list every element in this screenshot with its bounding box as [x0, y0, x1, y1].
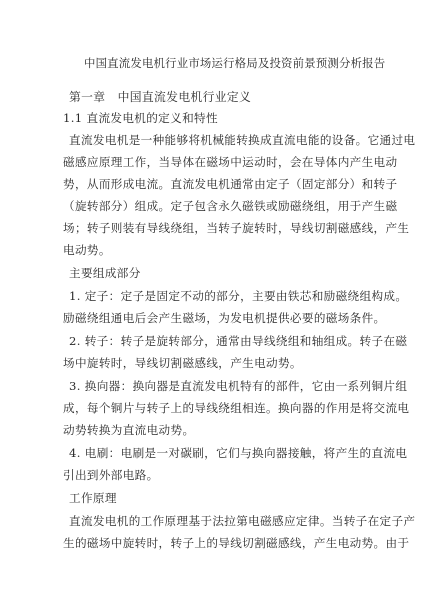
paragraph-line: 电动势。 — [63, 243, 111, 257]
subheading-principle: 工作原理 — [69, 491, 117, 505]
paragraph-line: 直流发电机的工作原理基于法拉第电磁感应定律。当转子在定子产 — [69, 514, 415, 528]
paragraph-line: （旋转部分）组成。定子包含永久磁铁或励磁绕组，用于产生磁 — [63, 199, 397, 213]
list-item-line: 引出到外部电路。 — [63, 468, 159, 482]
paragraph-line: 场；转子则装有导线绕组，当转子旋转时，导线切割磁感线，产生 — [63, 221, 409, 235]
list-item-line: 动势转换为直流电动势。 — [63, 423, 194, 437]
document-title: 中国直流发电机行业市场运行格局及投资前景预测分析报告 — [84, 56, 385, 70]
list-item-line: 场中旋转时，导线切割磁感线，产生电动势。 — [63, 356, 302, 370]
paragraph-line: 磁感应原理工作，当导体在磁场中运动时，会在导体内产生电动 — [63, 155, 397, 169]
list-item-line: 3. 换向器：换向器是直流发电机特有的部件，它由一系列铜片组 — [69, 379, 407, 393]
list-item-line: 励磁绕组通电后会产生磁场，为发电机提供必要的磁场条件。 — [63, 311, 385, 325]
document-page: 中国直流发电机行业市场运行格局及投资前景预测分析报告 第一章 中国直流发电机行业… — [0, 0, 424, 600]
paragraph-line: 生的磁场中旋转时，转子上的导线切割磁感线，产生电动势。由于 — [63, 536, 409, 550]
paragraph-line: 直流发电机是一种能够将机械能转换成直流电能的设备。它通过电 — [69, 133, 415, 147]
list-item-line: 成，每个铜片与转子上的导线绕组相连。换向器的作用是将交流电 — [63, 401, 409, 415]
chapter-heading: 第一章 中国直流发电机行业定义 — [69, 90, 251, 104]
list-item-line: 4. 电刷：电刷是一对碳刷，它们与换向器接触，将产生的直流电 — [69, 446, 407, 460]
subheading-components: 主要组成部分 — [69, 266, 141, 280]
list-item-line: 2. 转子：转子是旋转部分，通常由导线绕组和轴组成。转子在磁 — [69, 334, 407, 348]
list-item-line: 1. 定子：定子是固定不动的部分，主要由铁芯和励磁绕组构成。 — [69, 289, 407, 303]
paragraph-line: 势，从而形成电流。直流发电机通常由定子（固定部分）和转子 — [63, 177, 397, 191]
section-heading: 1.1 直流发电机的定义和特性 — [63, 111, 218, 125]
